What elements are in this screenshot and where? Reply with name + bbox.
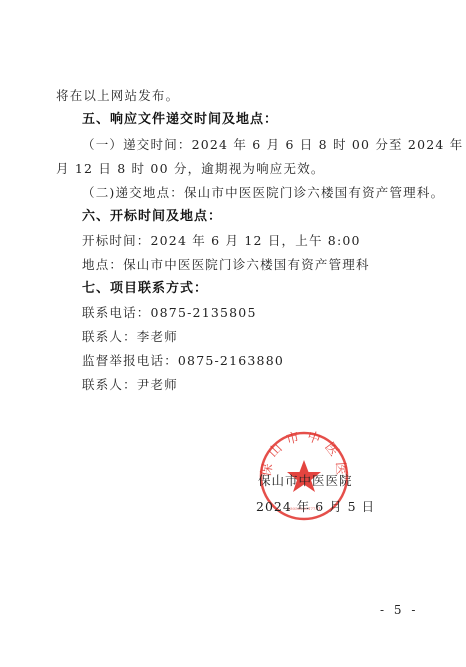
text-line: 将在以上网站发布。 — [56, 88, 179, 104]
section-heading-6: 六、开标时间及地点： — [82, 209, 222, 225]
contact-phone: 联系电话：0875-2135805 — [82, 305, 257, 321]
supervision-phone: 监督举报电话：0875-2163880 — [82, 353, 284, 369]
supervision-contact: 联系人：尹老师 — [82, 377, 178, 393]
page-number: - 5 - — [380, 603, 418, 617]
section-heading-5: 五、响应文件递交时间及地点： — [82, 112, 278, 128]
text-line: （一）递交时间：2024 年 6 月 6 日 8 时 00 分至 2024 年 … — [82, 137, 466, 153]
section-heading-7: 七、项目联系方式： — [82, 281, 208, 297]
signature-date: 2024 年 6 月 5 日 — [256, 497, 375, 515]
text-line: 月 12 日 8 时 00 分，逾期视为响应无效。 — [56, 161, 325, 177]
text-line: （二)递交地点：保山市中医医院门诊六楼国有资产管理科。 — [82, 185, 444, 201]
text-line: 地点：保山市中医医院门诊六楼国有资产管理科 — [82, 257, 370, 273]
text-line: 开标时间：2024 年 6 月 12 日，上午 8:00 — [82, 233, 361, 249]
contact-person: 联系人：李老师 — [82, 329, 178, 345]
signature-org: 保山市中医医院 — [258, 471, 353, 489]
